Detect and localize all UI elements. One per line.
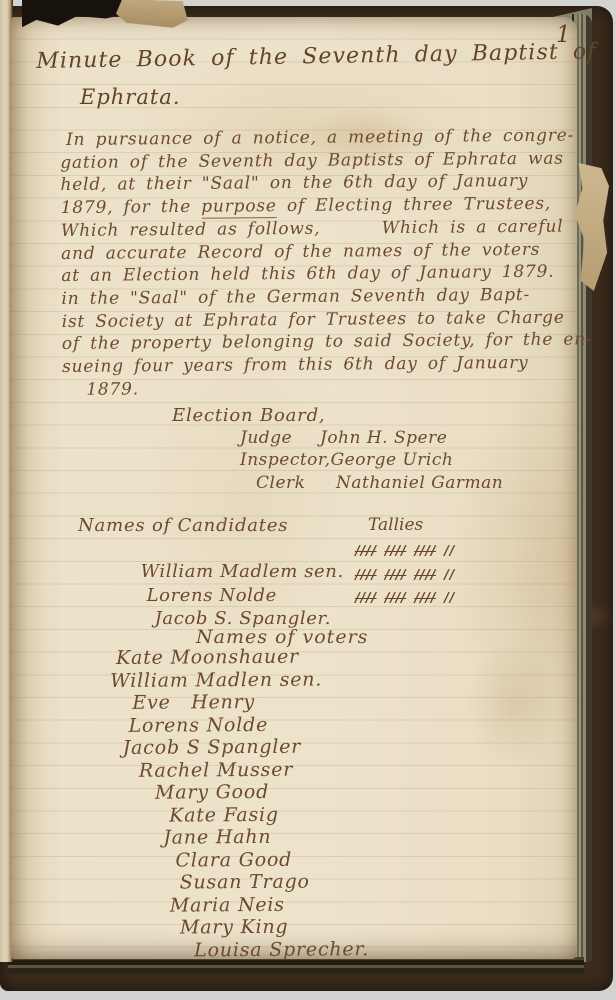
title-line: Minute Book of the Seventh day Baptist o… [36,39,597,74]
tally-group: IIII [382,566,409,584]
voter-name: Rachel Musser [111,758,368,782]
title-line: Ephrata. [80,85,181,109]
tally-group: II [442,589,458,607]
officer-name: John H. Spere [320,428,447,448]
voter-name: Kate Fasig [111,803,368,827]
paragraph-segment: of Electing three Trustees, [277,194,551,216]
voter-name: Jacob S Spangler [111,735,368,759]
tallies-header: Tallies [368,515,423,535]
voter-name: Jane Hahn [111,825,368,849]
tally-group: II [442,542,458,560]
candidates-list: William Madlem sen. IIIIIIIIIIIIII Loren… [90,540,550,611]
officer-role: Clerk [256,473,336,493]
tally-group: IIII [382,589,409,607]
scanner-background: 1 Minute Book of the Seventh day Baptist… [0,0,616,1000]
officer-name: Nathaniel Garman [336,473,503,493]
officer-row: JudgeJohn H. Spere [240,428,503,450]
voter-name: Clara Good [111,848,368,872]
voter-name: Maria Neis [112,893,369,917]
officer-role: Judge [240,428,320,448]
voter-name: Kate Moonshauer [110,645,367,669]
voter-name: Eve Henry [110,690,367,714]
underlined-word: purpose [201,196,277,219]
paragraph-line: 1879. [62,374,582,401]
tally-marks: IIIIIIIIIIIIII [352,566,457,584]
candidate-row: Jacob S. Spangler. IIIIIIIIIIIIII [90,587,550,611]
tally-group: IIII [382,542,409,560]
paragraph-segment: 1879, for the [61,197,202,218]
tally-group: IIII [412,542,439,560]
tally-group: IIII [412,566,439,584]
officer-row: ClerkNathaniel Garman [240,473,503,495]
tally-group: II [442,566,458,584]
voters-list: Kate Moonshauer William Madlen sen. Eve … [110,645,369,962]
body-paragraph: In pursuance of a notice, a meeting of t… [60,124,582,401]
paragraph-line: sueing four years from this 6th day of J… [62,351,582,378]
tally-marks: IIIIIIIIIIIIII [352,542,457,560]
candidates-header: Names of Candidates [78,515,288,536]
election-board-heading: Election Board, [172,405,325,426]
candidate-row: Lorens Nolde IIIIIIIIIIIIII [90,564,550,588]
tally-group: IIII [352,542,379,560]
tally-marks: IIIIIIIIIIIIII [352,589,457,607]
tally-group: IIII [352,566,379,584]
tally-group: IIII [352,589,379,607]
officer-row: Inspector,George Urich [240,450,503,472]
voter-name: William Madlen sen. [110,668,367,692]
candidate-row: William Madlem sen. IIIIIIIIIIIIII [90,540,550,564]
voter-name: Mary King [112,915,369,939]
officer-name: George Urich [331,450,454,470]
handwritten-content: 1 Minute Book of the Seventh day Baptist… [0,0,616,1000]
officer-role: Inspector, [240,450,331,470]
voter-name: Louisa Sprecher. [112,938,369,962]
voter-name: Mary Good [111,780,368,804]
tally-group: IIII [412,589,439,607]
voter-name: Susan Trago [112,870,369,894]
voter-name: Lorens Nolde [110,713,367,737]
election-board-officers: JudgeJohn H. Spere Inspector,George Uric… [240,428,503,495]
